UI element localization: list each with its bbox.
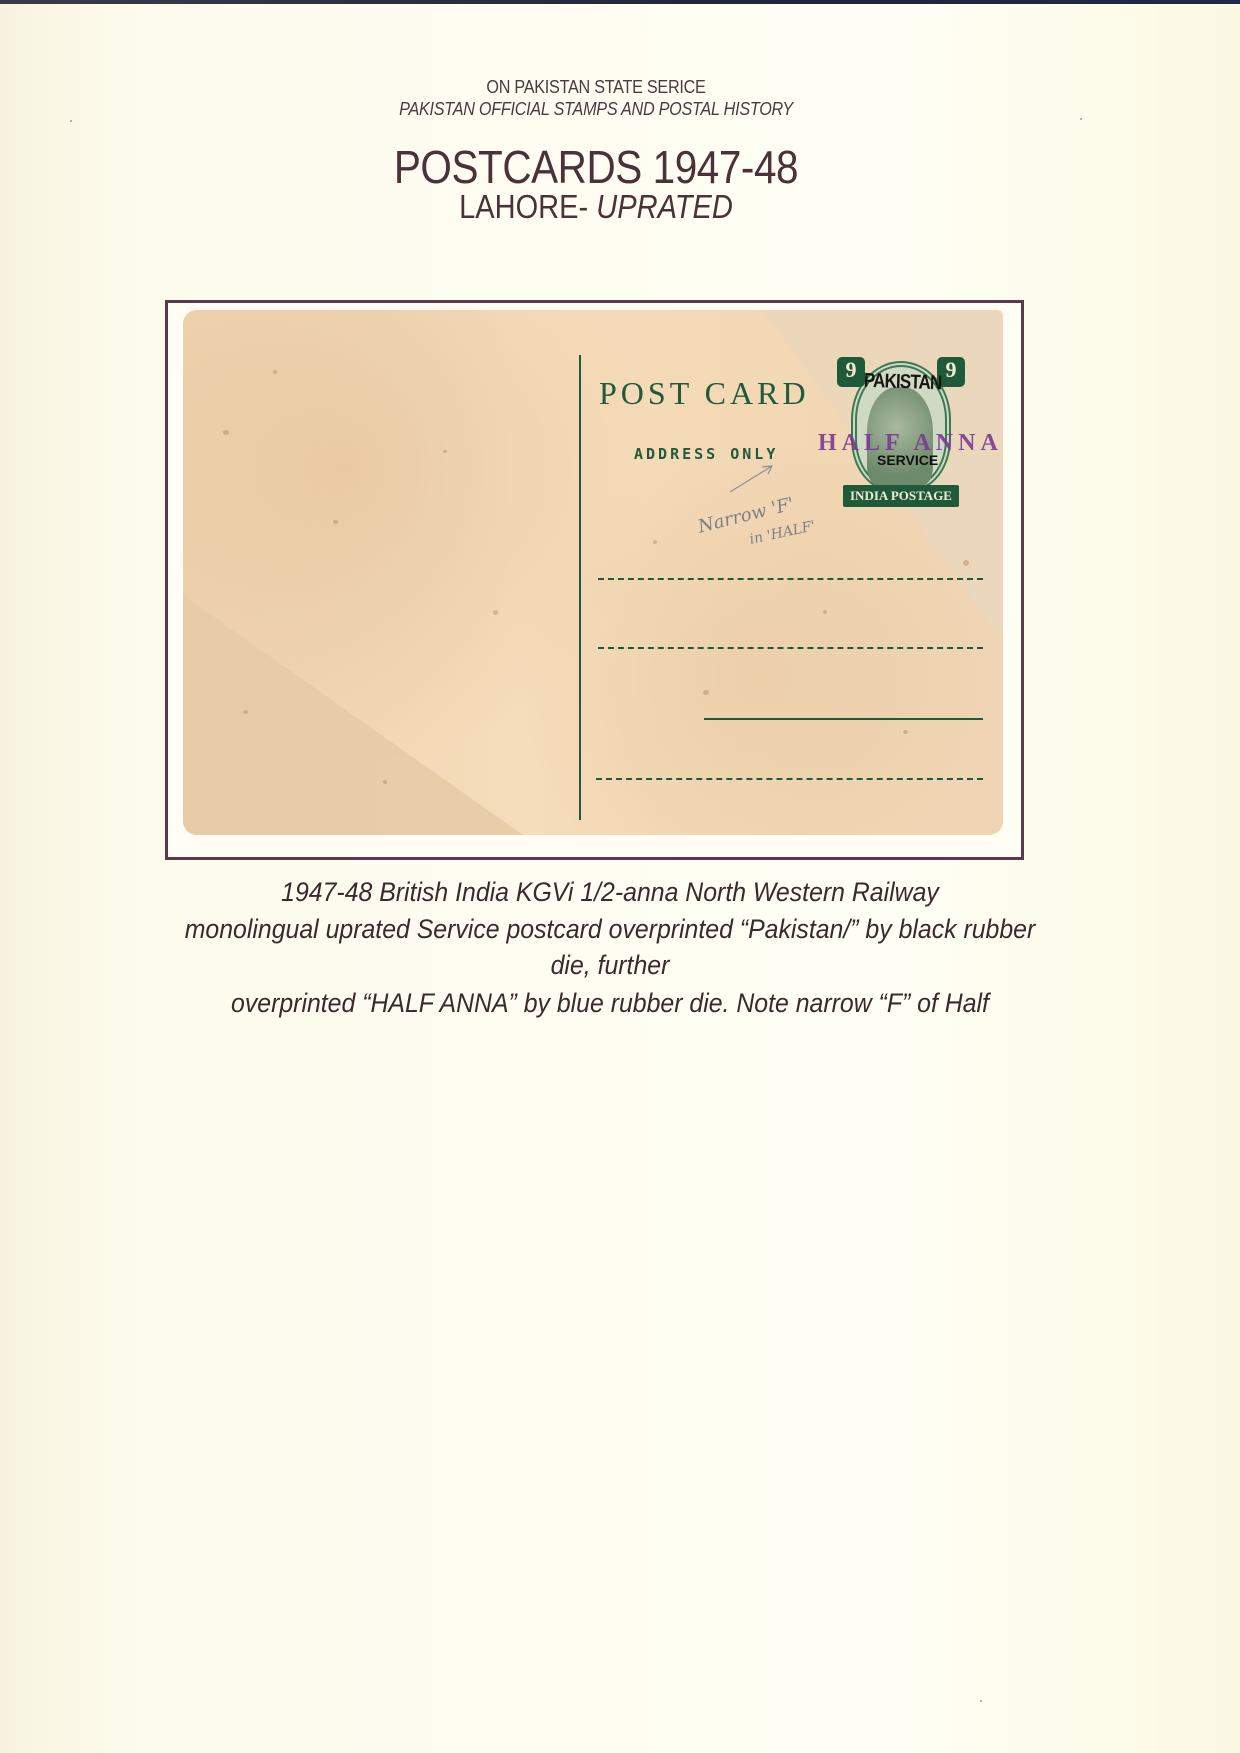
card-divider-line [579, 355, 581, 820]
header-series: ON PAKISTAN STATE SERICE [60, 77, 1133, 98]
caption-line-3: die, further [122, 950, 1097, 981]
address-line-4 [596, 778, 983, 780]
page-title: POSTCARDS 1947-48 [72, 140, 1121, 194]
address-line-1 [598, 578, 983, 580]
subtitle-type: UPRATED [596, 188, 733, 225]
pencil-arrow-icon [728, 462, 776, 494]
scan-speck [980, 1700, 982, 1702]
postcard-image: POST CARD ADDRESS ONLY 9 9 INDIA POSTAGE… [183, 310, 1003, 835]
address-only-label: ADDRESS ONLY [634, 445, 778, 463]
scan-speck [70, 120, 72, 122]
overprint-pakistan: PAKISTAN [863, 370, 941, 396]
scan-top-edge [0, 0, 1240, 4]
address-line-2 [598, 647, 983, 649]
address-line-3 [704, 718, 983, 720]
postcard-heading: POST CARD [599, 375, 810, 412]
stamp-value-left: 9 [837, 357, 865, 387]
header-collection: PAKISTAN OFFICIAL STAMPS AND POSTAL HIST… [60, 99, 1133, 120]
caption-line-2: monolingual uprated Service postcard ove… [122, 914, 1097, 945]
caption-line-1: 1947-48 British India KGVi 1/2-anna Nort… [122, 877, 1097, 908]
caption-line-4: overprinted “HALF ANNA” by blue rubber d… [122, 988, 1097, 1019]
scan-speck [1080, 118, 1082, 120]
overprint-half-anna: HALF ANNA [818, 430, 1003, 457]
stamp-label: INDIA POSTAGE [843, 485, 959, 507]
page-subtitle: LAHORE- UPRATED [72, 188, 1121, 226]
subtitle-place: LAHORE- [459, 188, 588, 225]
